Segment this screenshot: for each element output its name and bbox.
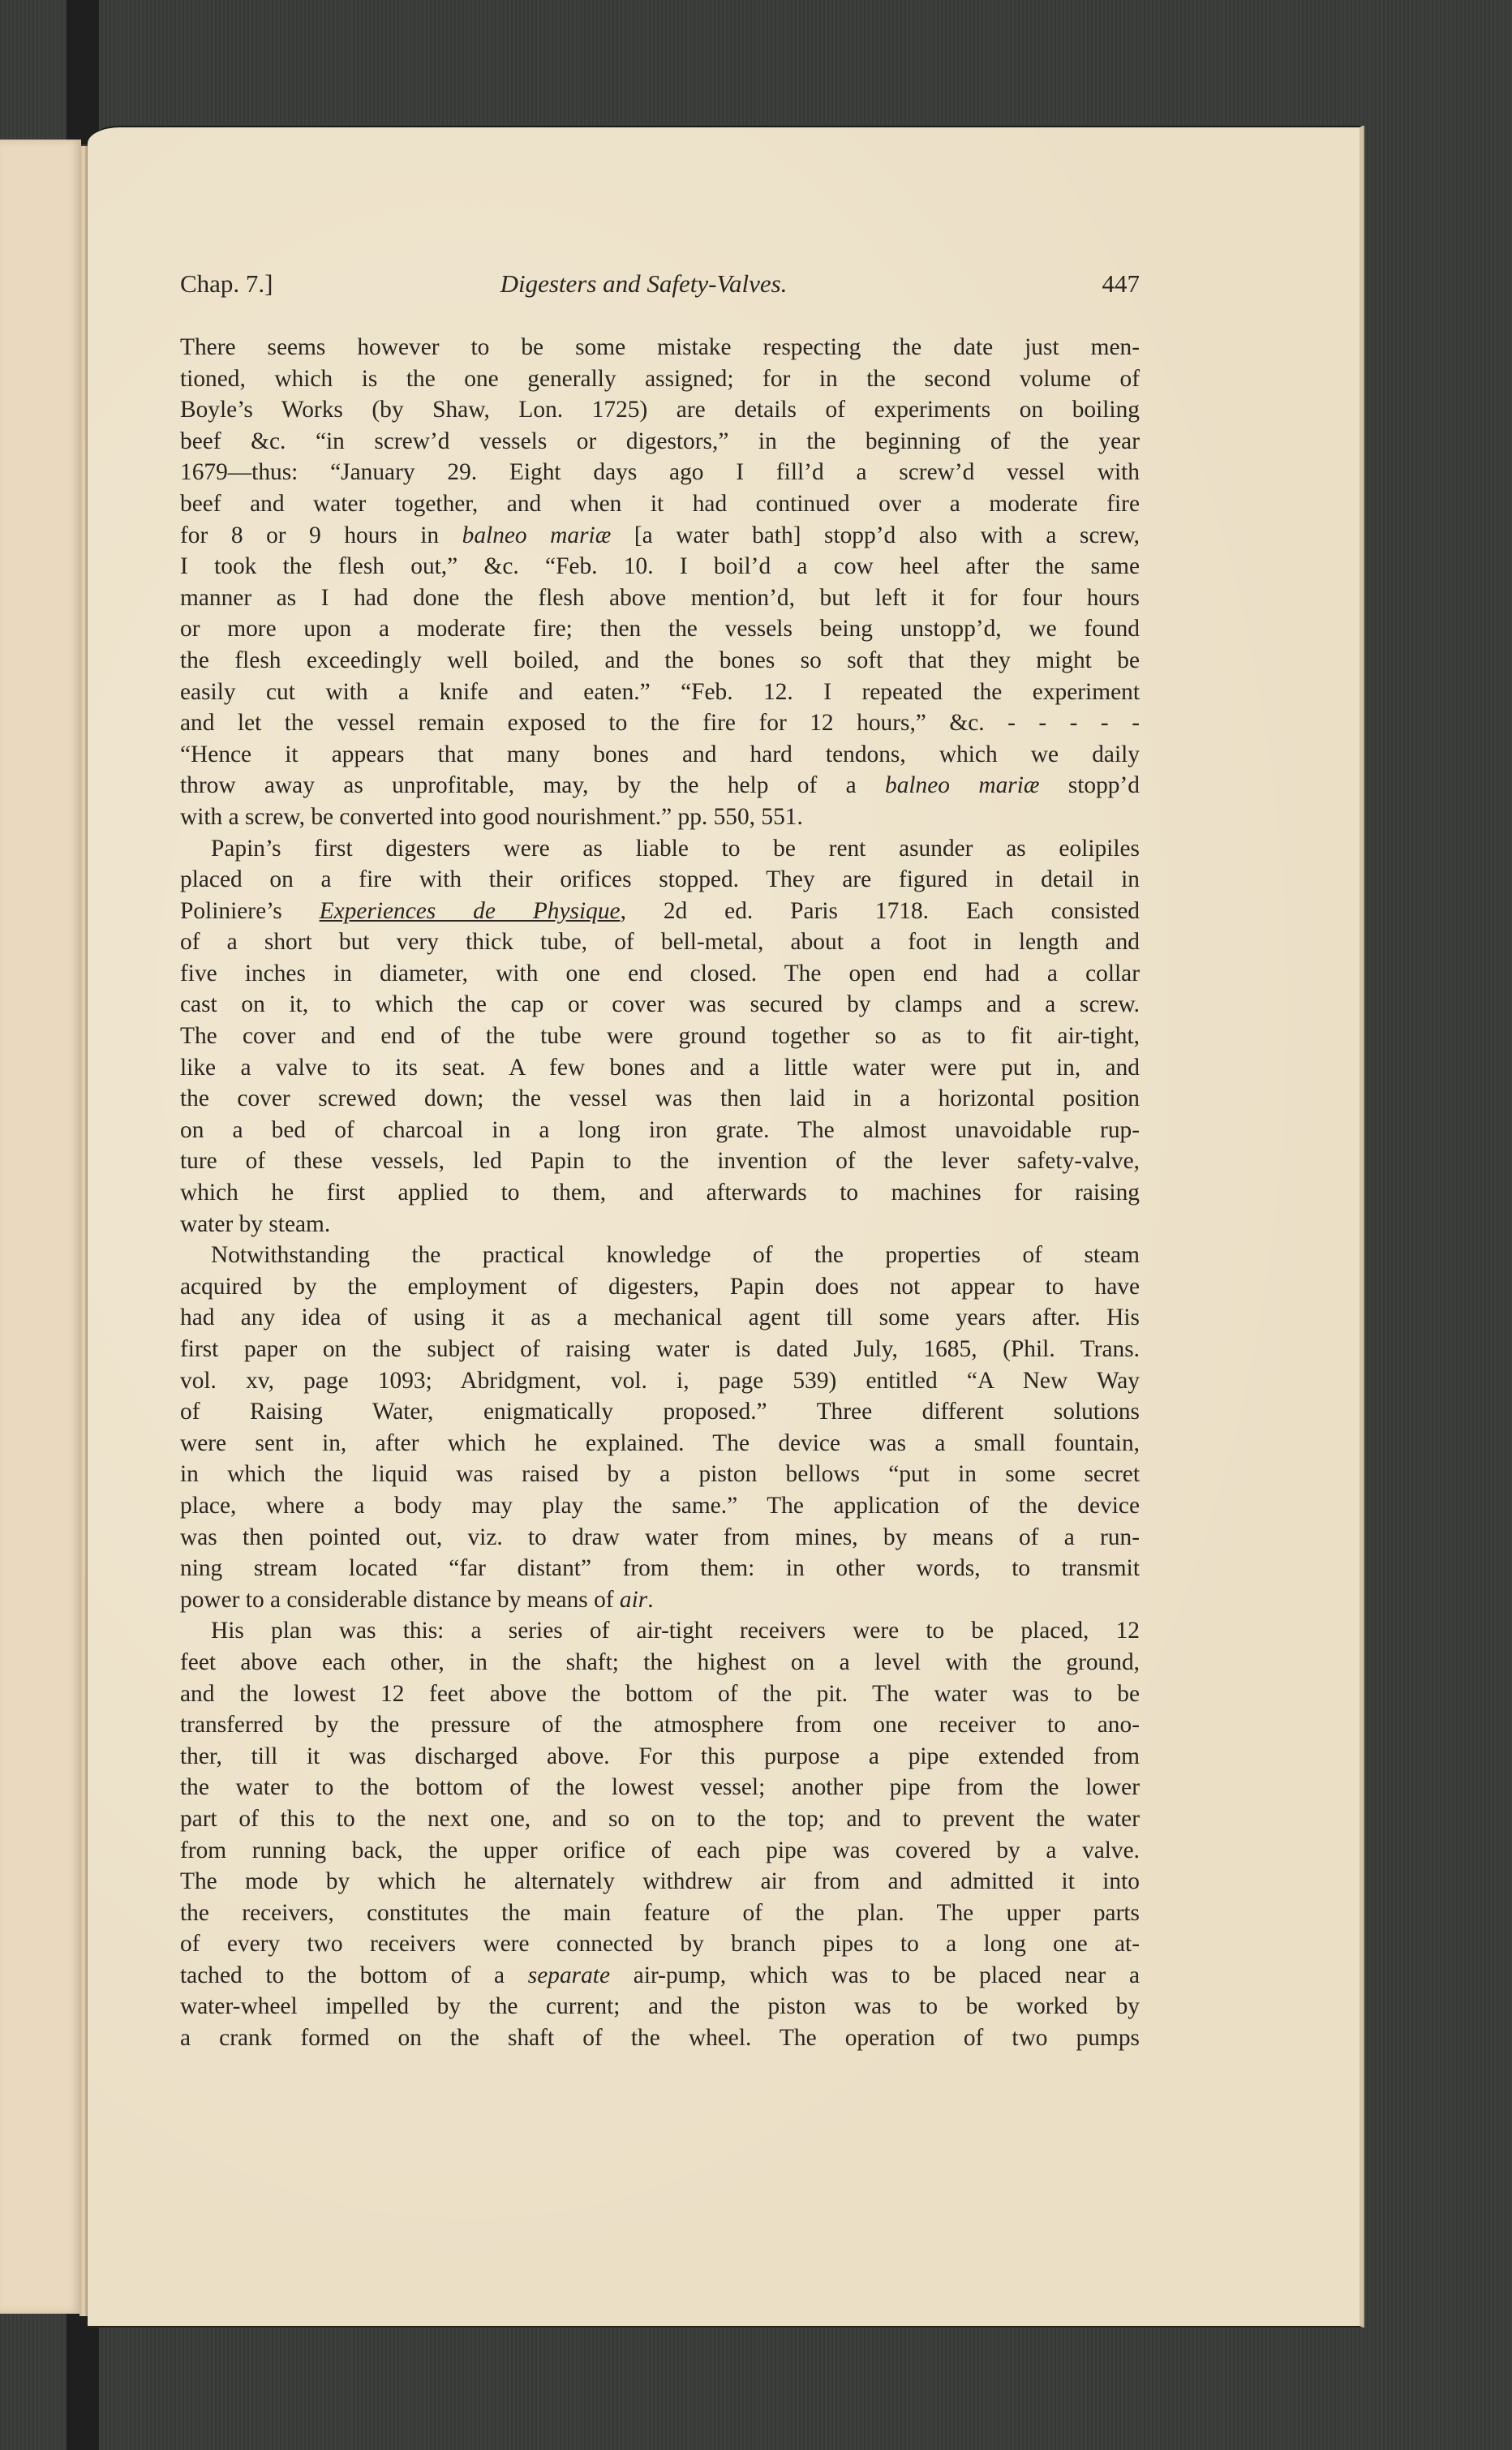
text-line: 1679—thus: “January 29. Eight days ago I… (180, 457, 1140, 488)
text-line: There seems however to be some mistake r… (180, 332, 1140, 363)
text-line: and the lowest 12 feet above the bottom … (180, 1678, 1140, 1710)
text-line: Poliniere’s Experiences de Physique, 2d … (180, 896, 1140, 927)
text-line: I took the flesh out,” &c. “Feb. 10. I b… (180, 551, 1140, 582)
text-line: a crank formed on the shaft of the wheel… (180, 2022, 1140, 2054)
text-line: tioned, which is the one generally assig… (180, 363, 1140, 395)
text-line: ther, till it was discharged above. For … (180, 1741, 1140, 1773)
text-line: easily cut with a knife and eaten.” “Feb… (180, 677, 1140, 708)
italic-phrase: balneo mariæ (462, 522, 612, 548)
page-number: 447 (1102, 269, 1140, 299)
book-spine-bottom (67, 2312, 99, 2450)
text-line: like a valve to its seat. A few bones an… (180, 1052, 1140, 1084)
text-line: the water to the bottom of the lowest ve… (180, 1772, 1140, 1803)
text-line: Notwithstanding the practical knowledge … (180, 1240, 1140, 1271)
text-line: five inches in diameter, with one end cl… (180, 958, 1140, 990)
text-line: first paper on the subject of raising wa… (180, 1334, 1140, 1365)
text-line: “Hence it appears that many bones and ha… (180, 739, 1140, 771)
text-line: His plan was this: a series of air-tight… (180, 1615, 1140, 1647)
text-line: The mode by which he alternately withdre… (180, 1866, 1140, 1898)
running-head: Chap. 7.] Digesters and Safety-Valves. 4… (180, 269, 1140, 302)
book-page: Chap. 7.] Digesters and Safety-Valves. 4… (88, 126, 1363, 2327)
text-line: the cover screwed down; the vessel was t… (180, 1083, 1140, 1115)
text-line: water-wheel impelled by the current; and… (180, 1991, 1140, 2022)
text-line: Papin’s first digesters were as liable t… (180, 833, 1140, 865)
text-line: from running back, the upper orifice of … (180, 1835, 1140, 1867)
body-text: There seems however to be some mistake r… (180, 332, 1140, 2054)
text-line: part of this to the next one, and so on … (180, 1803, 1140, 1835)
text-line: acquired by the employment of digesters,… (180, 1271, 1140, 1303)
text-line: which he first applied to them, and afte… (180, 1177, 1140, 1209)
book-spine-top (67, 0, 99, 144)
text-line: The cover and end of the tube were groun… (180, 1021, 1140, 1052)
text-line: or more upon a moderate fire; then the v… (180, 613, 1140, 645)
italic-phrase: air (620, 1587, 647, 1613)
text-line: of Raising Water, enigmatically proposed… (180, 1396, 1140, 1428)
text-line: were sent in, after which he explained. … (180, 1428, 1140, 1459)
text-line: placed on a fire with their orifices sto… (180, 864, 1140, 896)
italic-phrase: balneo mariæ (885, 772, 1039, 798)
text-line: and let the vessel remain exposed to the… (180, 707, 1140, 739)
text-line: Boyle’s Works (by Shaw, Lon. 1725) are d… (180, 394, 1140, 426)
text-line: manner as I had done the flesh above men… (180, 582, 1140, 614)
text-line: on a bed of charcoal in a long iron grat… (180, 1115, 1140, 1146)
text-line: tached to the bottom of a separate air-p… (180, 1960, 1140, 1992)
text-line: the receivers, constitutes the main feat… (180, 1898, 1140, 1929)
text-line: feet above each other, in the shaft; the… (180, 1647, 1140, 1678)
text-line: beef &c. “in screw’d vessels or digestor… (180, 426, 1140, 458)
text-line: of every two receivers were connected by… (180, 1928, 1140, 1960)
text-line: of a short but very thick tube, of bell-… (180, 926, 1140, 958)
text-line: in which the liquid was raised by a pist… (180, 1459, 1140, 1490)
text-line: was then pointed out, viz. to draw water… (180, 1522, 1140, 1554)
text-line: beef and water together, and when it had… (180, 488, 1140, 520)
text-line: place, where a body may play the same.” … (180, 1490, 1140, 1522)
text-line: transferred by the pressure of the atmos… (180, 1709, 1140, 1741)
running-title: Digesters and Safety-Valves. (180, 269, 1140, 299)
text-line: vol. xv, page 1093; Abridgment, vol. i, … (180, 1365, 1140, 1397)
text-line: ning stream located “far distant” from t… (180, 1553, 1140, 1584)
text-line: had any idea of using it as a mechanical… (180, 1302, 1140, 1334)
text-line: the flesh exceedingly well boiled, and t… (180, 645, 1140, 677)
text-line: water by steam. (180, 1209, 1140, 1240)
text-line: cast on it, to which the cap or cover wa… (180, 989, 1140, 1021)
left-page-edge (0, 140, 81, 2314)
text-line: ture of these vessels, led Papin to the … (180, 1145, 1140, 1177)
text-line: with a screw, be converted into good nou… (180, 802, 1140, 833)
text-line: power to a considerable distance by mean… (180, 1584, 1140, 1616)
text-line: for 8 or 9 hours in balneo mariæ [a wate… (180, 520, 1140, 552)
italic-phrase: separate (528, 1962, 610, 1988)
book-title-underlined: Experiences de Physique (320, 898, 621, 924)
text-line: throw away as unprofitable, may, by the … (180, 770, 1140, 802)
